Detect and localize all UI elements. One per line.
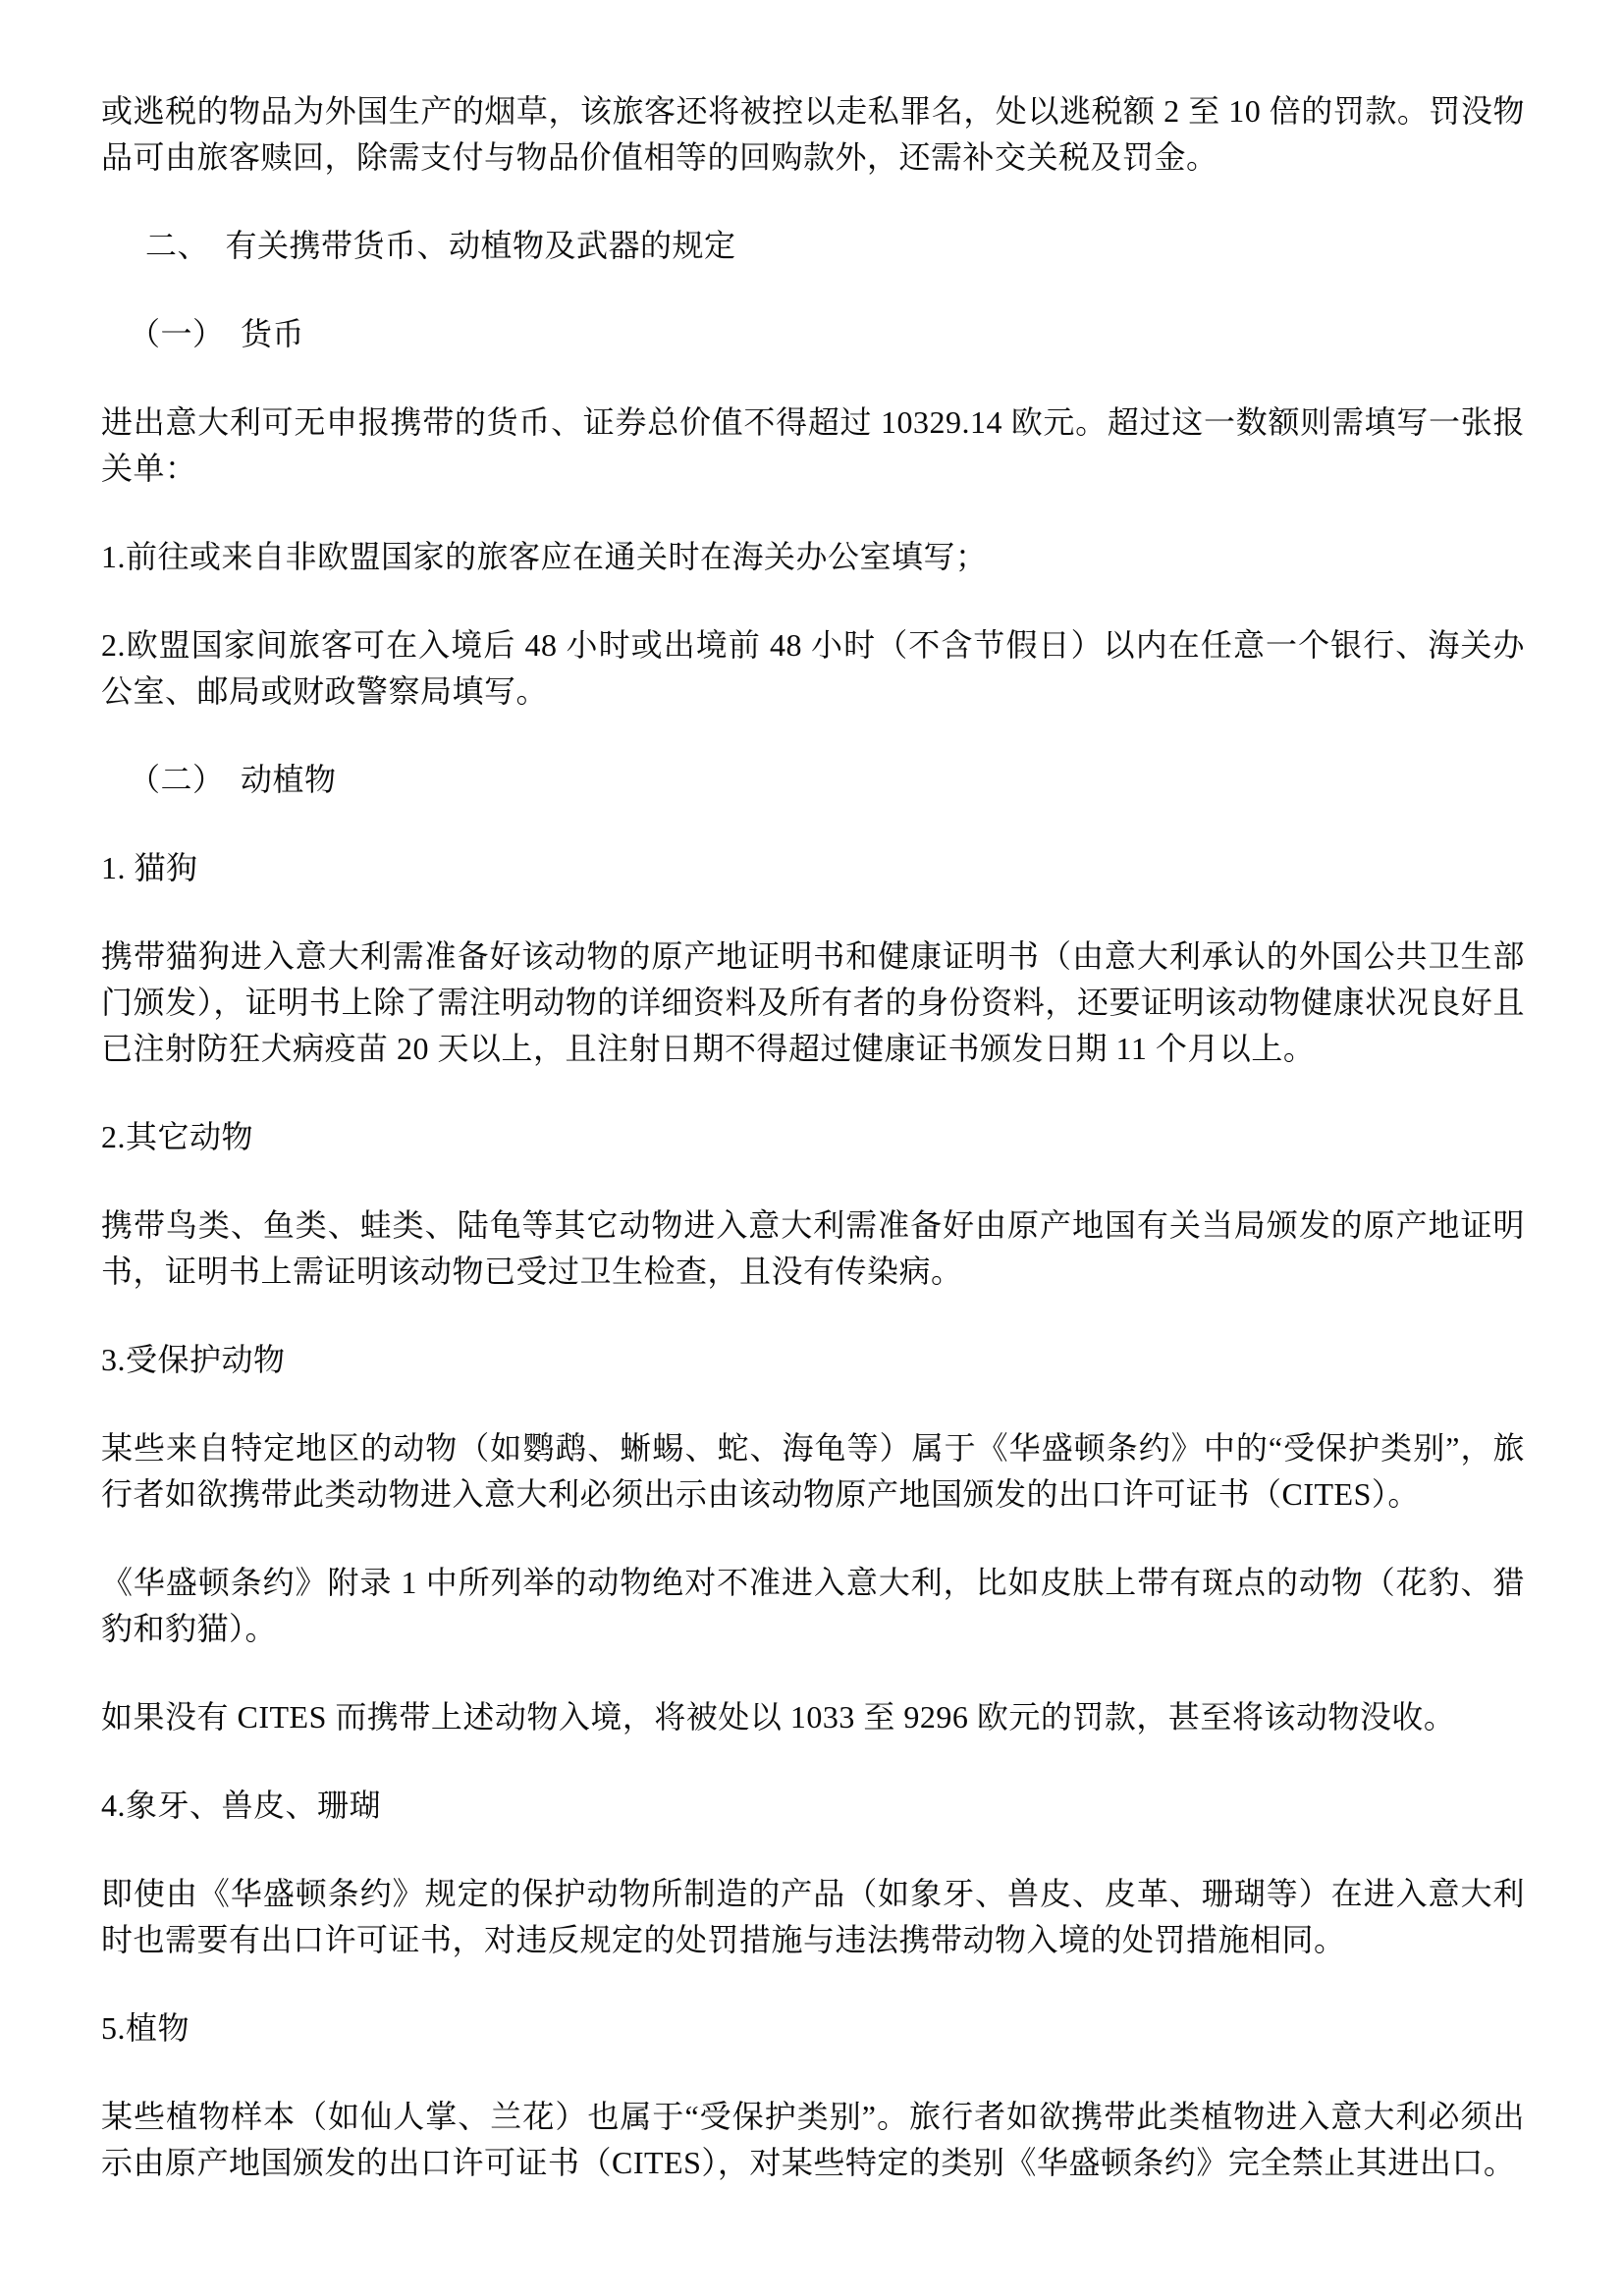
paragraph-protected-animals: 某些来自特定地区的动物（如鹦鹉、蜥蜴、蛇、海龟等）属于《华盛顿条约》中的“受保护… bbox=[101, 1425, 1525, 1518]
paragraph-other-animals: 携带鸟类、鱼类、蛙类、陆龟等其它动物进入意大利需准备好由原产地国有关当局颁发的原… bbox=[101, 1202, 1525, 1295]
paragraph-noneu-declaration: 1.前往或来自非欧盟国家的旅客应在通关时在海关办公室填写； bbox=[101, 534, 1525, 580]
item-heading-other-animals: 2.其它动物 bbox=[101, 1114, 1525, 1160]
item-heading-plants: 5.植物 bbox=[101, 2005, 1525, 2052]
paragraph-plants: 某些植物样本（如仙人掌、兰花）也属于“受保护类别”。旅行者如欲携带此类植物进入意… bbox=[101, 2094, 1525, 2186]
paragraph-cites-fine: 如果没有 CITES 而携带上述动物入境，将被处以 1033 至 9296 欧元… bbox=[101, 1694, 1525, 1740]
section-heading-2: 二、 有关携带货币、动植物及武器的规定 bbox=[101, 223, 1525, 269]
paragraph-cats-dogs: 携带猫狗进入意大利需准备好该动物的原产地证明书和健康证明书（由意大利承认的外国公… bbox=[101, 934, 1525, 1072]
subsection-heading-flora-fauna: （二） 动植物 bbox=[101, 757, 1525, 803]
paragraph-appendix1-ban: 《华盛顿条约》附录 1 中所列举的动物绝对不准进入意大利，比如皮肤上带有斑点的动… bbox=[101, 1560, 1525, 1652]
subsection-heading-currency: （一） 货币 bbox=[101, 311, 1525, 357]
paragraph-currency-limit: 进出意大利可无申报携带的货币、证券总价值不得超过 10329.14 欧元。超过这… bbox=[101, 400, 1525, 492]
item-heading-cats-dogs: 1. 猫狗 bbox=[101, 845, 1525, 891]
paragraph-eu-declaration: 2.欧盟国家间旅客可在入境后 48 小时或出境前 48 小时（不含节假日）以内在… bbox=[101, 622, 1525, 715]
document-page: 或逃税的物品为外国生产的烟草，该旅客还将被控以走私罪名，处以逃税额 2 至 10… bbox=[0, 0, 1623, 2296]
paragraph-tobacco-penalty: 或逃税的物品为外国生产的烟草，该旅客还将被控以走私罪名，处以逃税额 2 至 10… bbox=[101, 88, 1525, 181]
paragraph-ivory-fur-coral: 即使由《华盛顿条约》规定的保护动物所制造的产品（如象牙、兽皮、皮革、珊瑚等）在进… bbox=[101, 1871, 1525, 1963]
item-heading-protected-animals: 3.受保护动物 bbox=[101, 1337, 1525, 1383]
item-heading-ivory-fur-coral: 4.象牙、兽皮、珊瑚 bbox=[101, 1783, 1525, 1829]
